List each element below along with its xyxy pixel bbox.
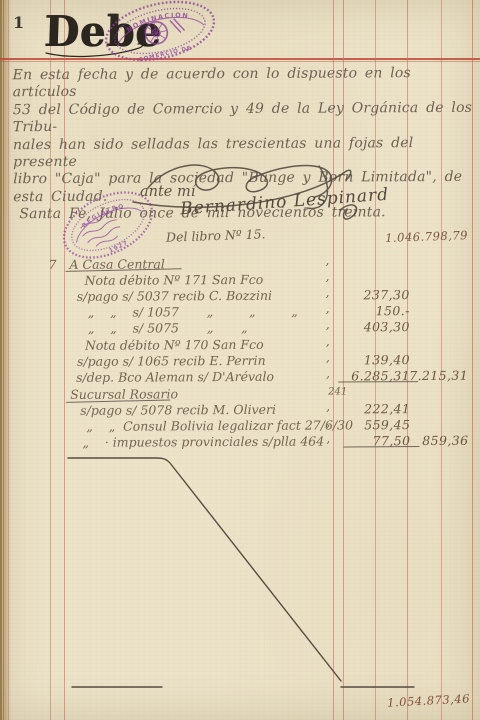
tick-mark: ,	[326, 270, 330, 284]
folio-number: 241	[328, 386, 347, 397]
debit-amount: 139,40	[300, 352, 410, 368]
entry-description: Nota débito Nº 170 San Fco	[85, 337, 264, 353]
debit-amount: 403,30	[300, 319, 410, 335]
entry-description: „ „ s/ 5075 „ „	[88, 320, 248, 336]
debit-amount: 150.-	[300, 303, 410, 319]
debit-amount: 222,41	[300, 401, 410, 417]
entry-description: Nota débito Nº 171 San Fco	[85, 272, 264, 288]
entry-description: „ · impuestos provinciales s/plla 464	[82, 434, 324, 450]
debit-amount: 237,30	[300, 287, 410, 303]
entry-description: s/pago s/ 5037 recib C. Bozzini	[77, 288, 272, 304]
ledger-page: 1 Debe NOMINACION COMERCIO DE En esta fe…	[0, 0, 480, 720]
tick-mark: ,	[326, 335, 330, 349]
entry-description: s/pago s/ 1065 recib E. Perrin	[77, 353, 266, 369]
void-cross-lines	[0, 450, 480, 710]
entry-description: s/dep. Bco Aleman s/ D'Arévalo	[76, 369, 274, 385]
entry-description: „ „ s/ 1057 „ „ „	[88, 304, 298, 320]
debit-amount: 559,45	[300, 417, 410, 433]
entry-description: s/pago s/ 5078 recib M. Oliveri	[80, 402, 276, 418]
day-number: 7	[48, 257, 56, 272]
tick-mark: ,	[325, 254, 329, 268]
